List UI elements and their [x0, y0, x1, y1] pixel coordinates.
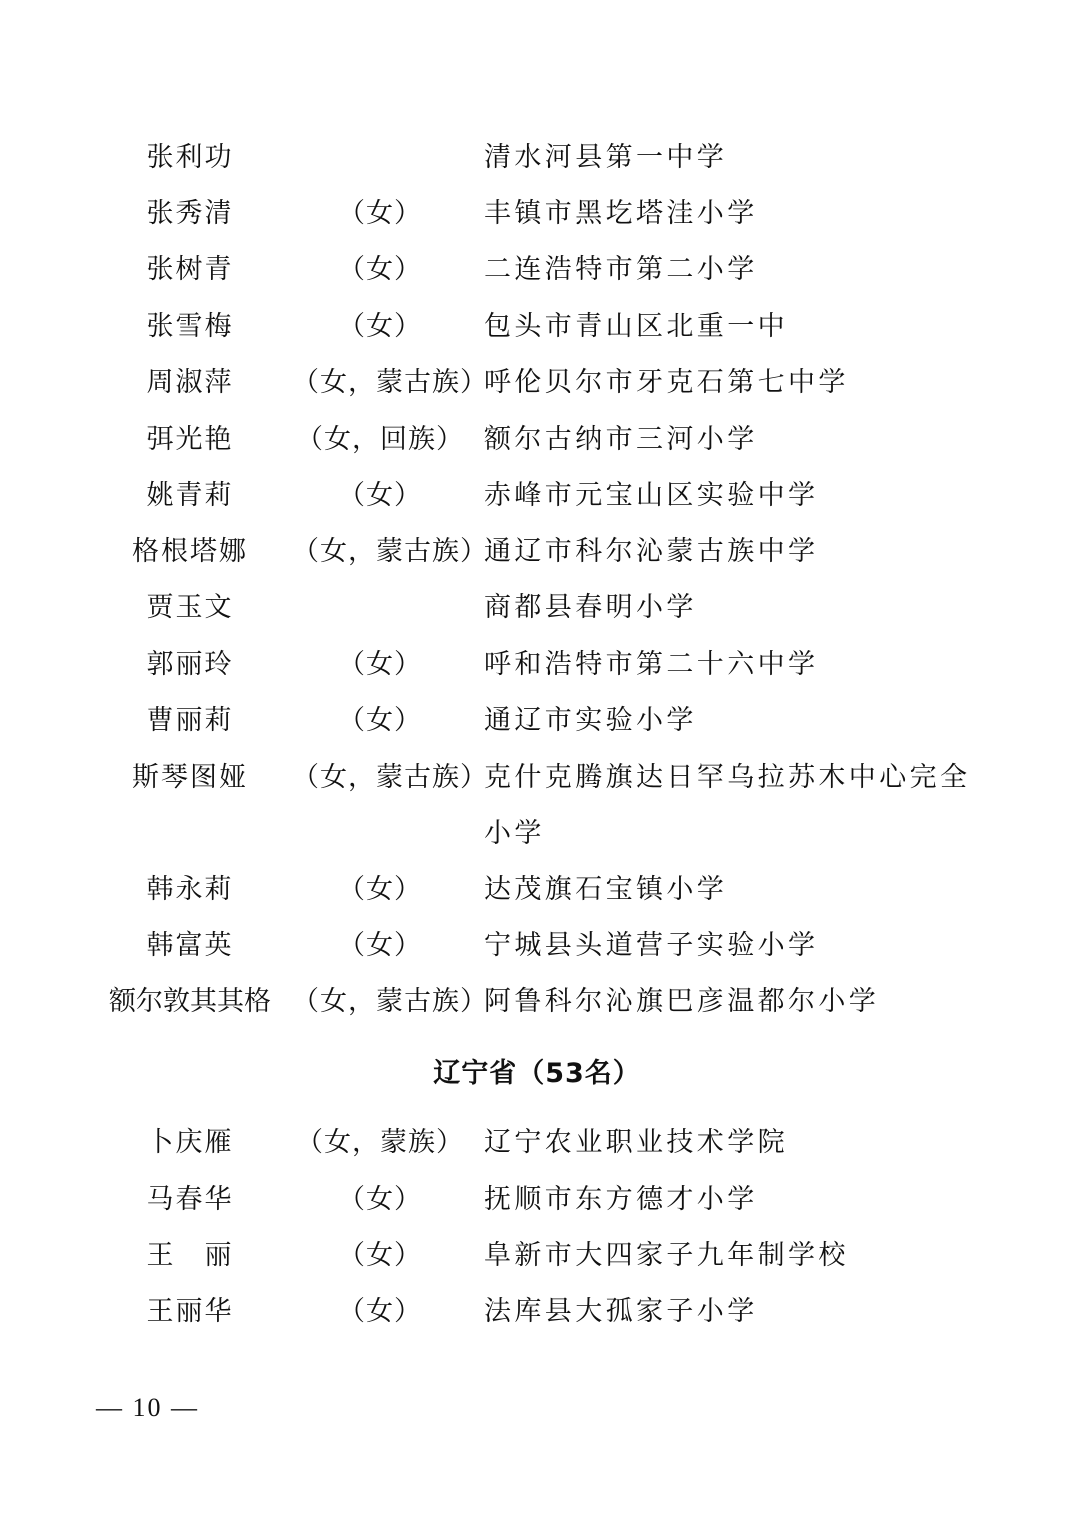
honoree-name: 周淑萍	[90, 363, 290, 403]
honoree-name: 格根塔娜	[90, 532, 290, 572]
list-item: 张树青 （女） 二连浩特市第二小学	[0, 250, 1074, 290]
section-heading-liaoning: 辽宁省（53名）	[0, 1054, 1074, 1094]
honoree-name: 斯琴图娅	[90, 758, 290, 798]
honoree-name: 弭光艳	[90, 420, 290, 460]
honoree-organization: 丰镇市黑圪塔洼小学	[484, 194, 758, 234]
list-item: 周淑萍 （女，蒙古族） 呼伦贝尔市牙克石第七中学	[0, 363, 1074, 403]
honoree-name: 姚青莉	[90, 476, 290, 516]
list-item: 马春华 （女） 抚顺市东方德才小学	[0, 1180, 1074, 1220]
list-item: 姚青莉 （女） 赤峰市元宝山区实验中学	[0, 476, 1074, 516]
honoree-organization: 阜新市大四家子九年制学校	[484, 1236, 849, 1276]
honoree-organization: 包头市青山区北重一中	[484, 307, 788, 347]
honoree-note: （女）	[292, 926, 468, 966]
honoree-organization: 商都县春明小学	[484, 588, 697, 628]
list-item: 曹丽莉 （女） 通辽市实验小学	[0, 701, 1074, 741]
honoree-name: 韩富英	[90, 926, 290, 966]
honoree-note: （女，蒙古族）	[292, 532, 468, 572]
list-item: 斯琴图娅 （女，蒙古族） 克什克腾旗达日罕乌拉苏木中心完全	[0, 758, 1074, 798]
honoree-name: 马春华	[90, 1180, 290, 1220]
list-item: 王 丽 （女） 阜新市大四家子九年制学校	[0, 1236, 1074, 1276]
list-item: 张利功 清水河县第一中学	[0, 138, 1074, 178]
honoree-organization: 清水河县第一中学	[484, 138, 727, 178]
list-item: 郭丽玲 （女） 呼和浩特市第二十六中学	[0, 645, 1074, 685]
honoree-organization: 二连浩特市第二小学	[484, 250, 758, 290]
honoree-note: （女）	[292, 1236, 468, 1276]
honoree-note: （女，蒙族）	[292, 1123, 468, 1163]
honoree-note: （女）	[292, 194, 468, 234]
honoree-organization-continued: 小学	[484, 814, 545, 854]
honoree-organization: 赤峰市元宝山区实验中学	[484, 476, 818, 516]
honoree-name: 张雪梅	[90, 307, 290, 347]
honoree-organization: 宁城县头道营子实验小学	[484, 926, 818, 966]
honoree-note: （女）	[292, 476, 468, 516]
honoree-organization: 通辽市实验小学	[484, 701, 697, 741]
honoree-name: 卜庆雁	[90, 1123, 290, 1163]
honoree-note: （女）	[292, 1180, 468, 1220]
honoree-note: （女）	[292, 701, 468, 741]
honoree-note: （女，蒙古族）	[292, 758, 468, 798]
honoree-note: （女）	[292, 307, 468, 347]
honoree-name: 王 丽	[90, 1236, 290, 1276]
honoree-organization: 法库县大孤家子小学	[484, 1292, 758, 1332]
list-item: 贾玉文 商都县春明小学	[0, 588, 1074, 628]
page-number: — 10 —	[96, 1390, 199, 1426]
list-item: 韩富英 （女） 宁城县头道营子实验小学	[0, 926, 1074, 966]
list-item: 卜庆雁 （女，蒙族） 辽宁农业职业技术学院	[0, 1123, 1074, 1163]
honoree-name: 曹丽莉	[90, 701, 290, 741]
list-item: 张雪梅 （女） 包头市青山区北重一中	[0, 307, 1074, 347]
honoree-name: 张利功	[90, 138, 290, 178]
honoree-note: （女）	[292, 870, 468, 910]
list-item: 韩永莉 （女） 达茂旗石宝镇小学	[0, 870, 1074, 910]
honoree-note: （女，回族）	[292, 420, 468, 460]
list-item-continuation: 小学	[0, 814, 1074, 854]
honoree-name: 张秀清	[90, 194, 290, 234]
honoree-name: 王丽华	[90, 1292, 290, 1332]
honoree-organization: 辽宁农业职业技术学院	[484, 1123, 788, 1163]
honoree-organization: 阿鲁科尔沁旗巴彦温都尔小学	[484, 982, 879, 1022]
honoree-name: 额尔敦其其格	[90, 982, 290, 1022]
honoree-note: （女，蒙古族）	[292, 982, 468, 1022]
honoree-name: 韩永莉	[90, 870, 290, 910]
honoree-organization: 呼和浩特市第二十六中学	[484, 645, 818, 685]
list-item: 弭光艳 （女，回族） 额尔古纳市三河小学	[0, 420, 1074, 460]
honoree-organization: 额尔古纳市三河小学	[484, 420, 758, 460]
honoree-name: 贾玉文	[90, 588, 290, 628]
honoree-name: 郭丽玲	[90, 645, 290, 685]
document-page: 张利功 清水河县第一中学 张秀清 （女） 丰镇市黑圪塔洼小学 张树青 （女） 二…	[0, 0, 1074, 1520]
list-item: 格根塔娜 （女，蒙古族） 通辽市科尔沁蒙古族中学	[0, 532, 1074, 572]
honoree-organization: 通辽市科尔沁蒙古族中学	[484, 532, 818, 572]
honoree-organization: 达茂旗石宝镇小学	[484, 870, 727, 910]
list-item: 王丽华 （女） 法库县大孤家子小学	[0, 1292, 1074, 1332]
honoree-organization: 抚顺市东方德才小学	[484, 1180, 758, 1220]
honoree-note: （女）	[292, 645, 468, 685]
honoree-note: （女，蒙古族）	[292, 363, 468, 403]
honoree-name: 张树青	[90, 250, 290, 290]
honoree-organization: 呼伦贝尔市牙克石第七中学	[484, 363, 849, 403]
honoree-organization: 克什克腾旗达日罕乌拉苏木中心完全	[484, 758, 970, 798]
list-item: 张秀清 （女） 丰镇市黑圪塔洼小学	[0, 194, 1074, 234]
honoree-note: （女）	[292, 250, 468, 290]
honoree-note: （女）	[292, 1292, 468, 1332]
list-item: 额尔敦其其格 （女，蒙古族） 阿鲁科尔沁旗巴彦温都尔小学	[0, 982, 1074, 1022]
